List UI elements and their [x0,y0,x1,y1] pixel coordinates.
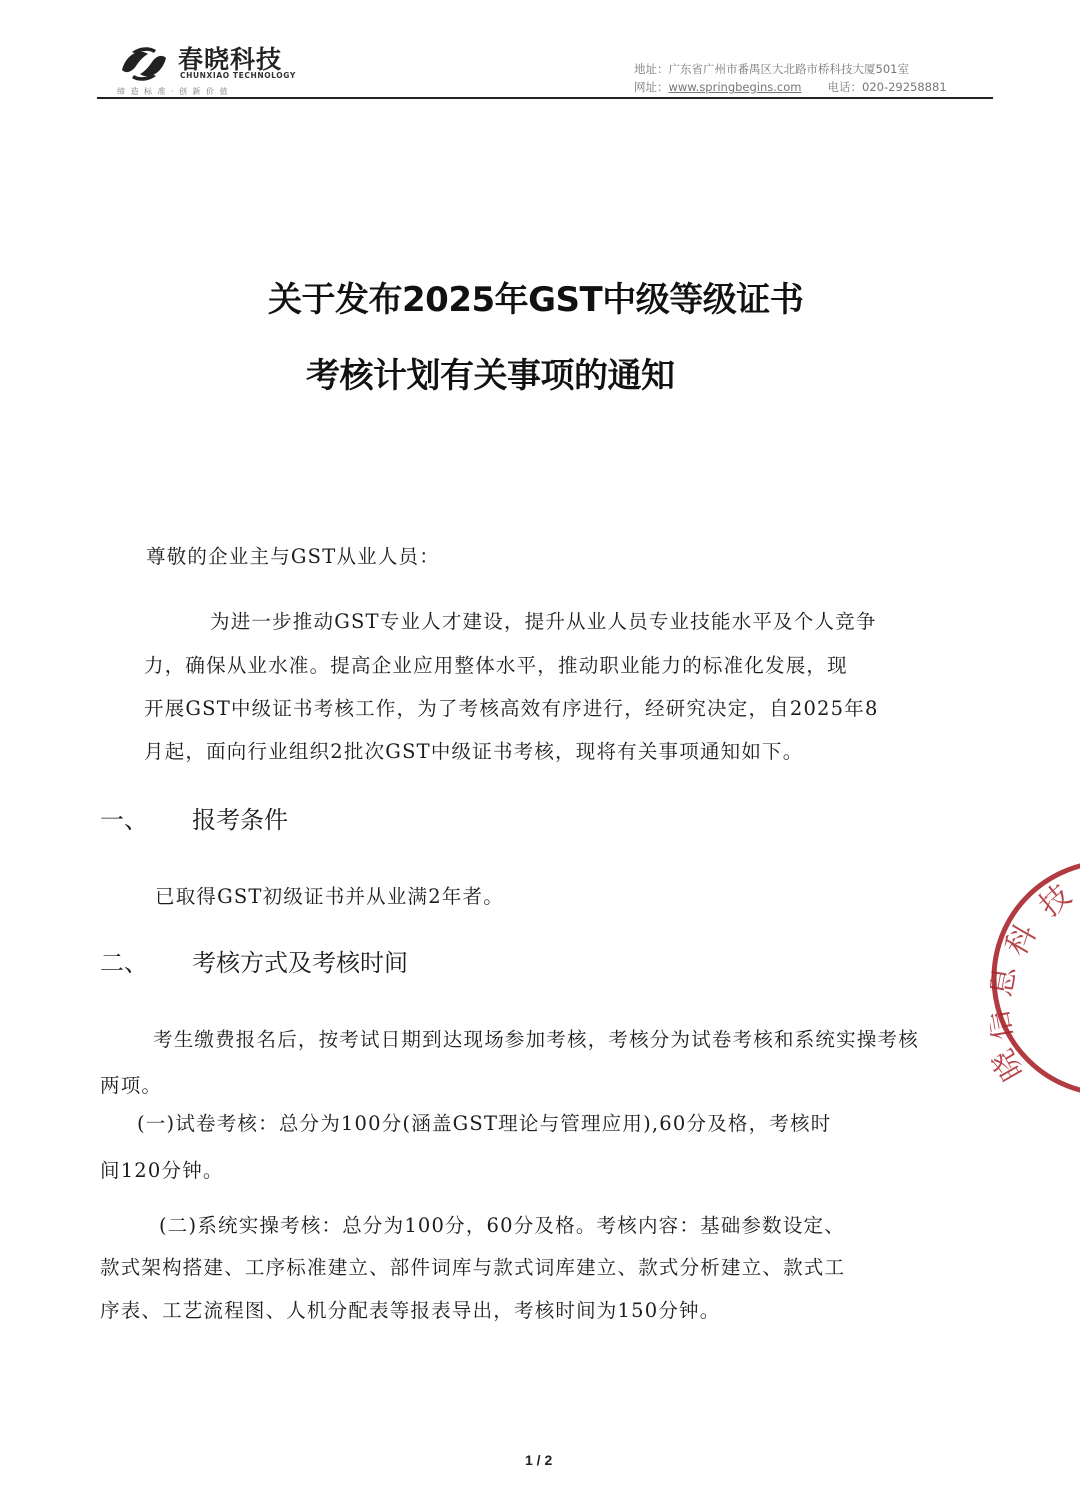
website-link[interactable]: www.springbegins.com [669,80,802,94]
letterhead: 春晓科技 CHUNXIAO TECHNOLOGY 缔造标准·创新价值 地址：广东… [0,0,1080,110]
section-1-number: 一、 [100,800,192,835]
section-2-title: 考核方式及考核时间 [192,949,408,977]
svg-text:信: 信 [990,1007,1020,1043]
company-slogan: 缔造标准·创新价值 [117,86,233,97]
intro-line-2: 力，确保从业水准。提高企业应用整体水平，推动职业能力的标准化发展，现 [144,650,848,678]
address: 地址：广东省广州市番禺区大北路市桥科技大厦501室 [634,60,947,78]
section-2-line-6: 款式架构搭建、工序标准建立、部件词库与款式词库建立、款式分析建立、款式工 [100,1252,845,1280]
section-2-line-2: 两项。 [100,1070,162,1098]
website-label: 网址： [634,80,669,94]
section-2-line-7: 序表、工艺流程图、人机分配表等报表导出，考核时间为150分钟。 [100,1295,720,1323]
company-seal-stamp: 技 科 息 信 晓 [990,858,1080,1118]
company-name-en: CHUNXIAO TECHNOLOGY [180,71,296,80]
section-2-line-3: (一)试卷考核：总分为100分(涵盖GST理论与管理应用),60分及格，考核时 [137,1108,831,1136]
section-2-line-4: 间120分钟。 [100,1155,224,1183]
section-2-line-1: 考生缴费报名后，按考试日期到达现场参加考核，考核分为试卷考核和系统实操考核 [153,1024,919,1052]
document-title-line-2: 考核计划有关事项的通知 [306,348,675,397]
section-1-body: 已取得GST初级证书并从业满2年者。 [155,881,504,909]
page-indicator: 1 / 2 [525,1452,552,1468]
svg-text:息: 息 [990,963,1023,1000]
chunxiao-logo-icon [118,44,170,84]
section-1-title: 报考条件 [192,806,288,834]
document-title-line-1: 关于发布2025年GST中级等级证书 [268,272,803,321]
intro-line-1: 为进一步推动GST专业人才建设，提升从业人员专业技能水平及个人竞争 [210,606,877,634]
header-divider [97,97,993,99]
intro-line-3: 开展GST中级证书考核工作，为了考核高效有序进行，经研究决定，自2025年8 [144,693,879,721]
intro-line-4: 月起，面向行业组织2批次GST中级证书考核，现将有关事项通知如下。 [144,736,803,764]
contact-info: 地址：广东省广州市番禺区大北路市桥科技大厦501室 网址：www.springb… [634,60,947,96]
section-2-number: 二、 [100,943,192,978]
svg-text:晓: 晓 [990,1043,1031,1086]
section-1-heading: 一、报考条件 [100,800,288,835]
phone: 电话：020-29258881 [828,80,947,94]
section-2-heading: 二、考核方式及考核时间 [100,943,408,978]
salutation: 尊敬的企业主与GST从业人员： [146,541,440,569]
section-2-line-5: (二)系统实操考核：总分为100分，60分及格。考核内容：基础参数设定、 [159,1210,845,1238]
